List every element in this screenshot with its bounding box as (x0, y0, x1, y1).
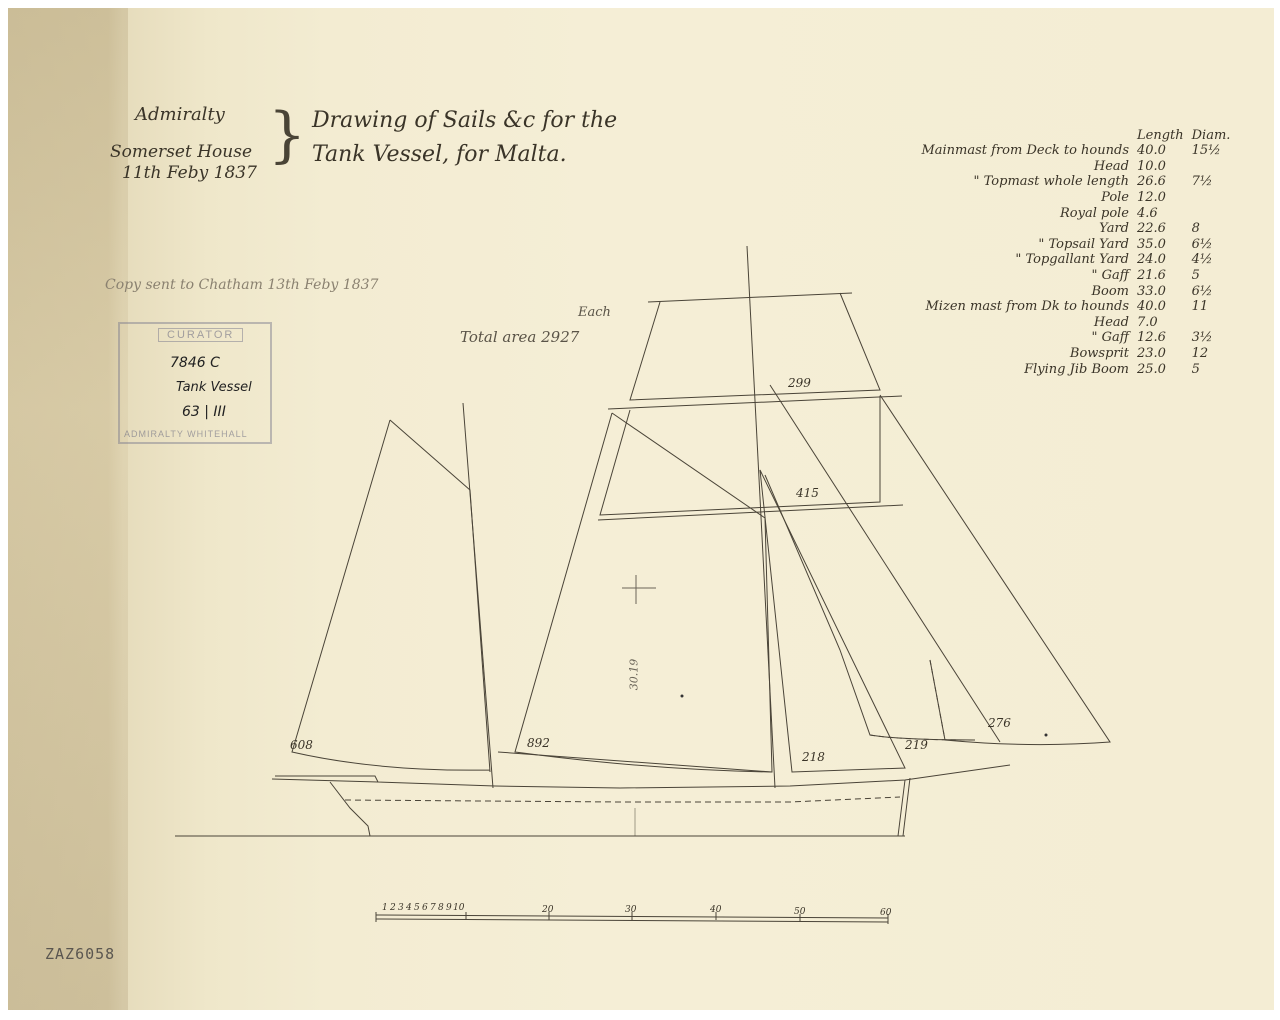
registration-cross-icon (622, 575, 656, 604)
jib (880, 395, 1110, 745)
scale-tick-label: 5 (414, 903, 420, 913)
mizen-sail (292, 420, 490, 772)
scale-tick-label: 4 (406, 903, 412, 913)
scale-tick-label: 6 (422, 903, 428, 913)
scale-tick-label: 50 (794, 907, 805, 917)
stern-post (330, 782, 370, 836)
scale-tick-label: 20 (542, 905, 553, 915)
main-mast (747, 246, 775, 788)
main-boom (498, 752, 772, 772)
sail-area-main-staysail: 218 (802, 750, 825, 764)
scale-tick-label: 60 (880, 908, 891, 918)
inventory-number: ZAZ6058 (45, 945, 115, 963)
scale-tick-label: 10 (453, 903, 464, 913)
scale-tick-label: 8 (438, 903, 444, 913)
scale-tick-label: 30 (625, 905, 636, 915)
sail-plan-drawing (0, 0, 1280, 1020)
scale-tick-label: 7 (430, 903, 436, 913)
mizen-mast (463, 403, 493, 788)
sail-area-main-gaff: 892 (527, 736, 550, 750)
topgallant-sail (630, 293, 880, 400)
sail-area-topsail: 415 (796, 486, 819, 500)
waterline (345, 797, 900, 802)
stem (898, 778, 910, 836)
scale-tick-label: 3 (398, 903, 404, 913)
sail-area-course-note: 30.19 (627, 659, 640, 691)
scale-tick-label: 1 (382, 903, 388, 913)
sail-area-topgallant: 299 (788, 376, 811, 390)
sail-area-mizen: 608 (290, 738, 313, 752)
scale-tick-label: 9 (446, 903, 452, 913)
scale-tick-label: 2 (390, 903, 396, 913)
main-gaff-sail (515, 413, 772, 772)
fore-staysail (765, 475, 975, 740)
sail-area-fore-staysail: 219 (905, 738, 928, 752)
sail-area-jib: 276 (988, 716, 1011, 730)
scale-tick-label: 40 (710, 905, 721, 915)
topsail (600, 396, 880, 515)
